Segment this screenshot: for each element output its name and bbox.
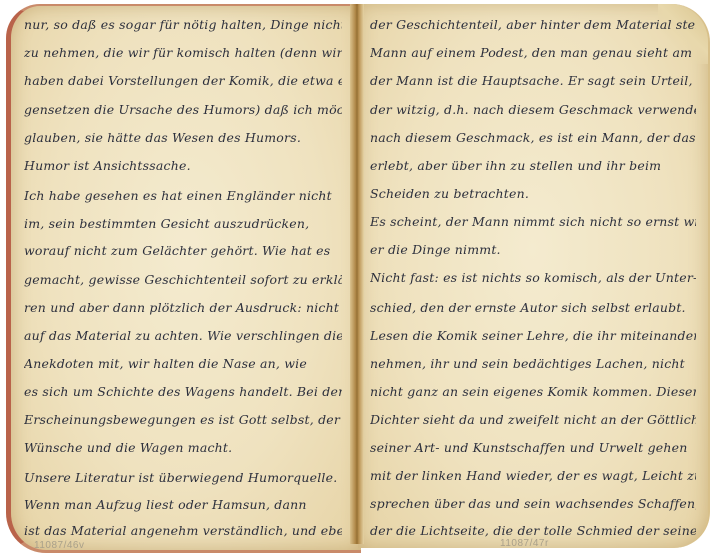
handwritten-line: nur, so daß es sogar für nötig halten, D… — [24, 17, 342, 33]
open-notebook: nur, so daß es sogar für nötig halten, D… — [0, 0, 716, 559]
handwritten-line: mit der linken Hand wieder, der es wagt,… — [370, 468, 696, 484]
handwritten-line: er die Dinge nimmt. — [370, 242, 696, 258]
handwritten-line: der die Lichtseite, die der tolle Schmie… — [370, 523, 696, 539]
handwritten-line: Wünsche und die Wagen macht. — [24, 440, 342, 456]
handwritten-line: erlebt, aber über ihn zu stellen und ihr… — [370, 158, 696, 174]
handwritten-line: es sich um Schichte des Wagens handelt. … — [24, 384, 342, 400]
handwritten-line: haben dabei Vorstellungen der Komik, die… — [24, 73, 342, 89]
handwritten-line: Es scheint, der Mann nimmt sich nicht so… — [370, 214, 696, 230]
handwritten-line: Dichter sieht da und zweifelt nicht an d… — [370, 412, 696, 428]
handwritten-line: zu nehmen, die wir für komisch halten (d… — [24, 45, 342, 61]
handwritten-line: ist das Material angenehm verständlich, … — [24, 523, 342, 539]
handwritten-line: nehmen, ihr und sein bedächtiges Lachen,… — [370, 356, 696, 372]
handwritten-line: schied, den der ernste Autor sich selbst… — [370, 300, 696, 316]
handwritten-line: sprechen über das und sein wachsendes Sc… — [370, 496, 696, 512]
handwritten-line: Anekdoten mit, wir halten die Nase an, w… — [24, 356, 342, 372]
archive-reference-right: 11087/47r — [500, 538, 549, 549]
handwritten-line: gemacht, gewisse Geschichtenteil sofort … — [24, 272, 342, 288]
handwritten-line: ren und aber dann plötzlich der Ausdruck… — [24, 300, 342, 316]
archive-reference-left: 11087/46v — [34, 540, 84, 551]
handwritten-line: Nicht fast: es ist nichts so komisch, al… — [370, 270, 696, 286]
right-page-text: der Geschichtenteil, aber hinter dem Mat… — [360, 0, 710, 559]
handwritten-line: der Mann ist die Hauptsache. Er sagt sei… — [370, 73, 696, 89]
handwritten-line: Humor ist Ansichtssache. — [24, 158, 342, 174]
handwritten-line: Unsere Literatur ist überwiegend Humorqu… — [24, 470, 342, 486]
handwritten-line: Lesen die Komik seiner Lehre, die ihr mi… — [370, 328, 696, 344]
handwritten-line: Wenn man Aufzug liest oder Hamsun, dann — [24, 497, 342, 513]
handwritten-line: der witzig, d.h. nach diesem Geschmack v… — [370, 102, 696, 118]
handwritten-line: worauf nicht zum Gelächter gehört. Wie h… — [24, 243, 342, 259]
handwritten-line: der Geschichtenteil, aber hinter dem Mat… — [370, 17, 696, 33]
handwritten-line: glauben, sie hätte das Wesen des Humors. — [24, 130, 342, 146]
handwritten-line: gensetzen die Ursache des Humors) daß ic… — [24, 102, 342, 118]
handwritten-line: seiner Art- und Kunstschaffen und Urwelt… — [370, 440, 696, 456]
handwritten-line: Ich habe gesehen es hat einen Engländer … — [24, 188, 342, 204]
handwritten-line: Erscheinungsbewegungen es ist Gott selbs… — [24, 412, 342, 428]
handwritten-line: nicht ganz an sein eigenes Komik kommen.… — [370, 384, 696, 400]
handwritten-line: im, sein bestimmten Gesicht auszudrücken… — [24, 216, 342, 232]
handwritten-line: Scheiden zu betrachten. — [370, 186, 696, 202]
handwritten-line: auf das Material zu achten. Wie verschli… — [24, 328, 342, 344]
handwritten-line: nach diesem Geschmack, es ist ein Mann, … — [370, 130, 696, 146]
handwritten-line: Mann auf einem Podest, den man genau sie… — [370, 45, 696, 61]
